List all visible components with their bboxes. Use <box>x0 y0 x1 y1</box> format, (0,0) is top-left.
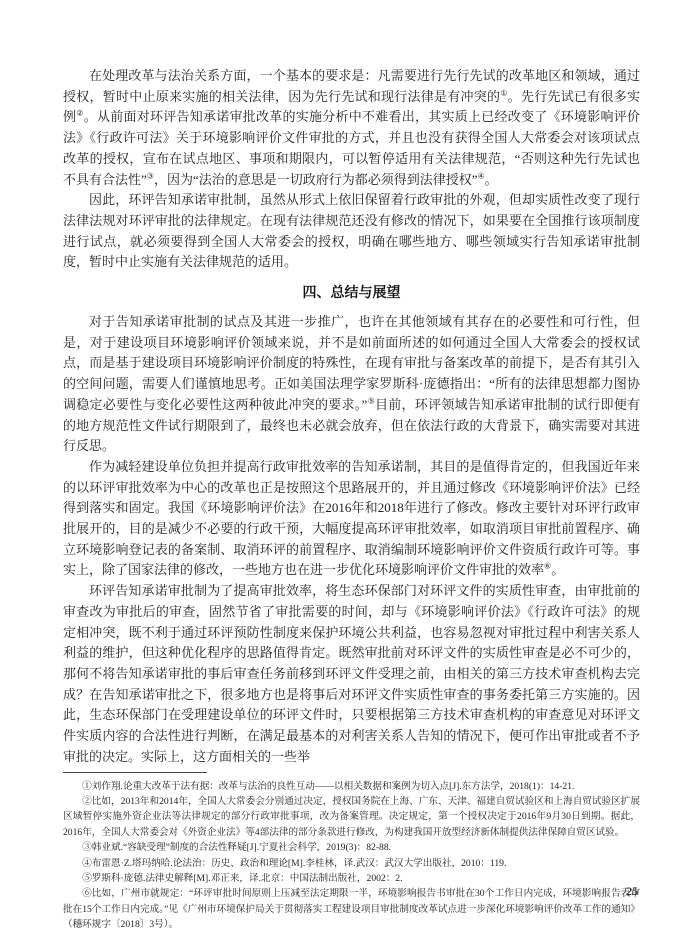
body-paragraph: 环评告知承诺审批制为了提高审批效率，将生态环保部门对环评文件的实质性审查，由审批… <box>63 581 640 767</box>
footnote: ①刘作翔.论重大改革于法有据：改革与法治的良性互动——以相关数据和案例为切入点[… <box>63 779 640 794</box>
footnote-separator <box>63 772 207 773</box>
body-paragraph: 在处理改革与法治关系方面，一个基本的要求是：凡需要进行先行先试的改革地区和领域，… <box>63 66 640 190</box>
footnote: ⑥比如，广州市就规定：“环评审批时间原则上压减至法定期限一半，环境影响报告书审批… <box>63 886 640 932</box>
body-paragraph: 对于告知承诺审批制的试点及其进一步推广，也许在其他领域有其存在的必要性和可行性，… <box>63 312 640 457</box>
body-paragraph: 因此，环评告知承诺审批制，虽然从形式上依旧保留着行政审批的外观，但却实质性改变了… <box>63 190 640 273</box>
section-heading: 四、总结与展望 <box>63 282 640 302</box>
page-body: 在处理改革与法治关系方面，一个基本的要求是：凡需要进行先行先试的改革地区和领域，… <box>63 66 640 933</box>
footnote: ⑤罗斯科·庞德.法律史解释[M].邓正来，译.北京：中国法制出版社，2002：2… <box>63 871 640 886</box>
footnote: ③韩业斌.“容缺受理”制度的合法性释疑[J].宁夏社会科学，2019(3)：82… <box>63 840 640 855</box>
footnote: ②比如，2013年和2014年，全国人大常委会分别通过决定，授权国务院在上海、广… <box>63 794 640 840</box>
body-paragraph: 作为减轻建设单位负担并提高行政审批效率的告知承诺制，其目的是值得肯定的，但我国近… <box>63 457 640 581</box>
footnote: ④布雷恩·Z.塔玛纳哈.论法治：历史、政治和理论[M].李桂林，译.武汉：武汉大… <box>63 856 640 871</box>
page-number: 25 <box>626 884 638 899</box>
